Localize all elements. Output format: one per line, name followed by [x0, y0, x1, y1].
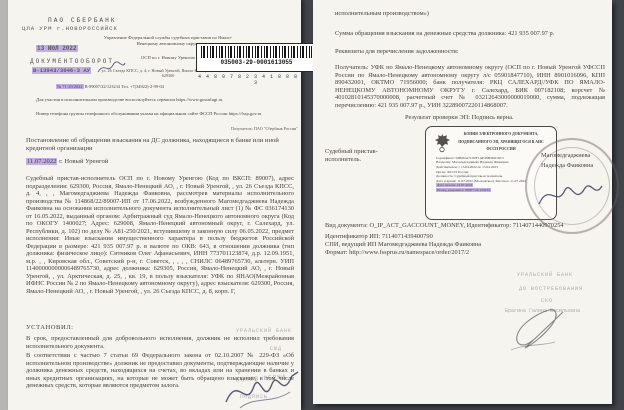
barcode-number: 035003-29-0001613055 [197, 59, 316, 66]
document-date-place: 11.07.2022 г. Новый Уренгой [26, 158, 108, 166]
ep-stamp-header-line2: ПОДПИСАННОГО ЭП, ХРАНЯЩЕГОСЯ В АИС [452, 140, 550, 145]
requisites-heading: Реквизиты для перечисления задолженности… [335, 48, 459, 56]
barcode: 035003-29-0001613055 [196, 43, 317, 72]
officer-label-line1: Судебный пристав- [325, 148, 378, 156]
ustanovil-heading: УСТАНОВИЛ: [26, 324, 74, 332]
barcode-digits-row: 4 4 8 0 7 8 2 3 4 1 8 8 8 7 - 3 [198, 74, 314, 86]
ip-identifier-line: Идентификатор ИП: 7114071439400790 [325, 233, 433, 241]
handwritten-signature-page1 [220, 366, 300, 410]
format-line: Формат: http://www.fssprus.ru/namespace/… [325, 249, 469, 257]
handwritten-signature-officer [535, 178, 605, 212]
gosuslugi-notice: Для участия в исполнительном производств… [36, 97, 286, 103]
continuation-line: исполнительным производством») [335, 10, 429, 18]
document-page-2: исполнительным производством») Сумма обр… [313, 0, 612, 404]
document-title: Постановление об обращении взыскания на … [26, 137, 294, 153]
resolution-body-paragraph: Судебный пристав-исполнитель ОСП по г. Н… [26, 175, 294, 295]
sberbank-stamp-bank: ПАО СБЕРБАНК [48, 17, 117, 24]
letterhead-ref-number: № 71-29/2022 В-89007/22/123234 Тел. +7(3… [56, 84, 164, 89]
faint-stamp-ural-bank-p2: УРАЛЬСКИЙ БАНК [517, 272, 573, 278]
faint-stamp-do-vostreb: ДО ВОСТРЕБОВАНИЯ [519, 286, 583, 292]
document-page-1: ПАО СБЕРБАНК ЦЛА УРМ г.НОВОРОССИЙСК 13 И… [8, 0, 301, 410]
doc-type-line: Вид документа: O_IP_ACT_GACCOUNT_MONEY, … [325, 222, 607, 230]
fssp-emblem-icon [433, 133, 451, 153]
payee-details-paragraph: Получатель: УФК по Ямало-Ненецкому автон… [335, 64, 605, 109]
barcode-bars [201, 46, 312, 58]
sum-line: Сумма обращения взыскания на денежные ср… [335, 30, 603, 38]
recipient-line: Получатель: ПАО "Сбербанк России" [168, 126, 298, 131]
signature-check-result: Результат проверки ЭП: Подпись верна. [405, 114, 514, 122]
scanned-document-viewer: ПАО СБЕРБАНК ЦЛА УРМ г.НОВОРОССИЙСК 13 И… [0, 0, 624, 410]
faint-stamp-ural-bank: УРАЛЬСКИЙ БАНК [236, 328, 292, 334]
fssp-phone-notice: Номер телефона группы телефонного обслуж… [36, 111, 298, 117]
faint-stamp-szhd: СЖД [270, 346, 282, 352]
letterhead-org-line1: Управление Федеральной службы судебных п… [68, 35, 268, 41]
ep-stamp-header-line3: ФССП РОССИИ [452, 147, 550, 152]
ep-stamp-header-line1: КОПИЯ ЭЛЕКТРОННОГО ДОКУМЕНТА, [452, 132, 550, 137]
document-date-highlight: 11.07.2022 [26, 158, 57, 165]
scan-margin [0, 0, 8, 410]
officer-label-line2: исполнитель. [325, 156, 361, 164]
sberbank-stamp-unit: ЦЛА УРМ г.НОВОРОССИЙСК [22, 25, 118, 32]
spi-line: СПИ, ведущий ИП Магомедгаджиева Надежда … [325, 241, 481, 249]
paragraph-deadline: В срок, предоставленный для добровольног… [26, 335, 294, 350]
handwritten-signature-page2 [485, 300, 575, 355]
